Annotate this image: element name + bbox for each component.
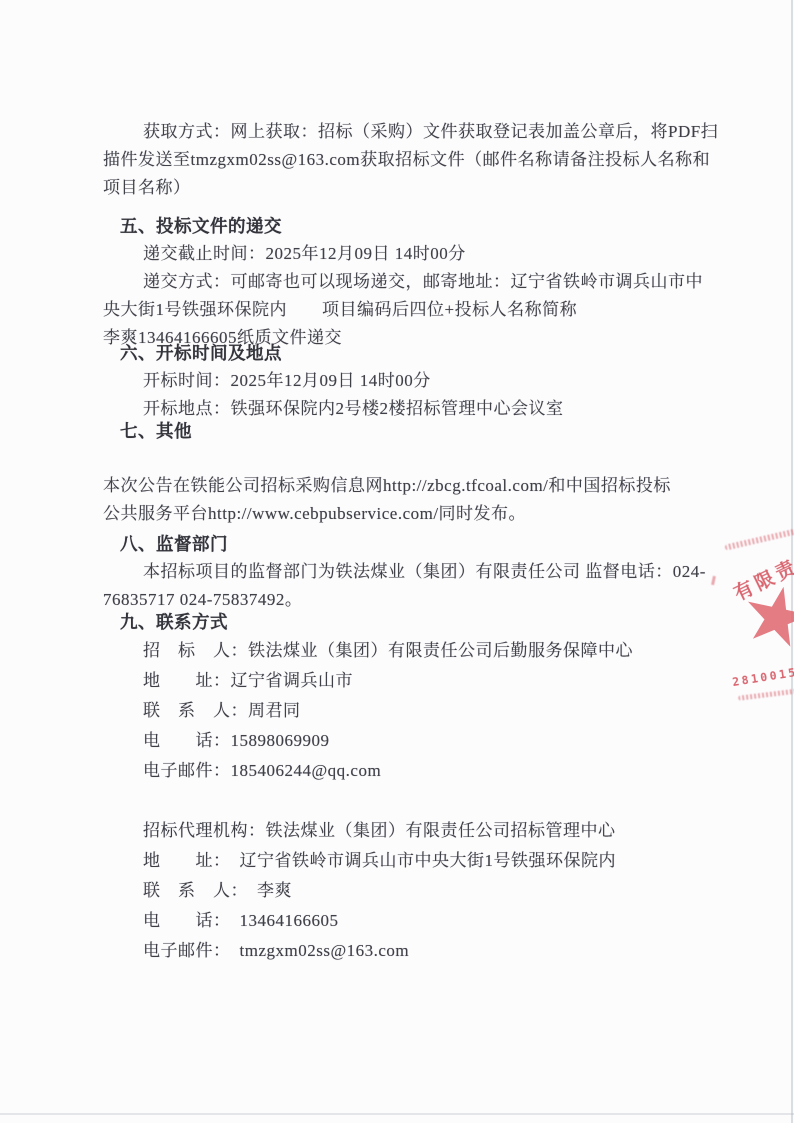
agency-email-value: tmzgxm02ss@163.com: [222, 941, 409, 960]
tenderer-address: 地 址：辽宁省调兵山市: [143, 666, 734, 696]
tenderer-label: 招 标 人：: [143, 641, 248, 660]
submit-method: 央大街1号铁强环保院内 项目编码后四位+投标人名称简称: [103, 296, 734, 324]
agency-contact-value: 李爽: [240, 881, 293, 900]
tenderer: 招 标 人：铁法煤业（集团）有限责任公司后勤服务保障中心: [143, 636, 734, 666]
tenderer-email-label: 电子邮件：: [143, 761, 231, 780]
tenderer-phone: 电 话：15898069909: [143, 726, 734, 756]
tenderer-contact: 联 系 人：周君同: [143, 696, 734, 726]
section-heading-5: 五、投标文件的递交: [120, 212, 734, 240]
open-time: 开标时间：2025年12月09日 14时00分: [143, 367, 734, 395]
para-obtain-method: 获取方式：网上获取：招标（采购）文件获取登记表加盖公章后，将PDF扫: [143, 118, 734, 146]
section-heading-6: 六、开标时间及地点: [120, 339, 734, 367]
agency-phone-label: 电 话：: [143, 911, 222, 930]
tenderer-contact-value: 周君同: [248, 701, 301, 720]
document-body: 获取方式：网上获取：招标（采购）文件获取登记表加盖公章后，将PDF扫描件发送至t…: [0, 0, 794, 966]
agency-label: 招标代理机构：: [143, 821, 266, 840]
tenderer-phone-label: 电 话：: [143, 731, 231, 750]
submit-deadline: 递交截止时间：2025年12月09日 14时00分: [143, 240, 734, 268]
agency-address-value: 辽宁省铁岭市调兵山市中央大街1号铁强环保院内: [222, 851, 616, 870]
section-heading-8: 八、监督部门: [120, 530, 734, 558]
publish-sites: 公共服务平台http://www.cebpubservice.com/同时发布。: [103, 500, 734, 528]
tenderer-address-value: 辽宁省调兵山市: [231, 671, 354, 690]
para-obtain-method: 项目名称）: [103, 174, 734, 202]
publish-sites: 本次公告在铁能公司招标采购信息网http://zbcg.tfcoal.com/和…: [103, 472, 734, 500]
agency-email-label: 电子邮件：: [143, 941, 222, 960]
tenderer-phone-value: 15898069909: [231, 731, 330, 750]
tenderer-value: 铁法煤业（集团）有限责任公司后勤服务保障中心: [248, 641, 633, 660]
agency-email: 电子邮件： tmzgxm02ss@163.com: [143, 936, 734, 966]
tenderer-address-label: 地 址：: [143, 671, 231, 690]
tenderer-email-value: 185406244@qq.com: [231, 761, 382, 780]
agency-address-label: 地 址：: [143, 851, 222, 870]
section-heading-9: 九、联系方式: [120, 608, 734, 636]
submit-method: 递交方式：可邮寄也可以现场递交，邮寄地址：辽宁省铁岭市调兵山市中: [143, 268, 734, 296]
scanned-document-page: 获取方式：网上获取：招标（采购）文件获取登记表加盖公章后，将PDF扫描件发送至t…: [0, 0, 794, 1123]
agency-contact-label: 联 系 人：: [143, 881, 240, 900]
supervision-dept: 本招标项目的监督部门为铁法煤业（集团）有限责任公司 监督电话：024-: [143, 558, 734, 586]
agency-contact: 联 系 人： 李爽: [143, 876, 734, 906]
agency-address: 地 址： 辽宁省铁岭市调兵山市中央大街1号铁强环保院内: [143, 846, 734, 876]
para-obtain-method: 描件发送至tmzgxm02ss@163.com获取招标文件（邮件名称请备注投标人…: [103, 146, 734, 174]
tenderer-email: 电子邮件：185406244@qq.com: [143, 756, 734, 786]
scan-edge-bottom: [0, 1113, 794, 1115]
tenderer-contact-label: 联 系 人：: [143, 701, 248, 720]
agency-phone-value: 13464166605: [222, 911, 339, 930]
agency: 招标代理机构：铁法煤业（集团）有限责任公司招标管理中心: [143, 816, 734, 846]
agency-phone: 电 话： 13464166605: [143, 906, 734, 936]
agency-value: 铁法煤业（集团）有限责任公司招标管理中心: [266, 821, 616, 840]
